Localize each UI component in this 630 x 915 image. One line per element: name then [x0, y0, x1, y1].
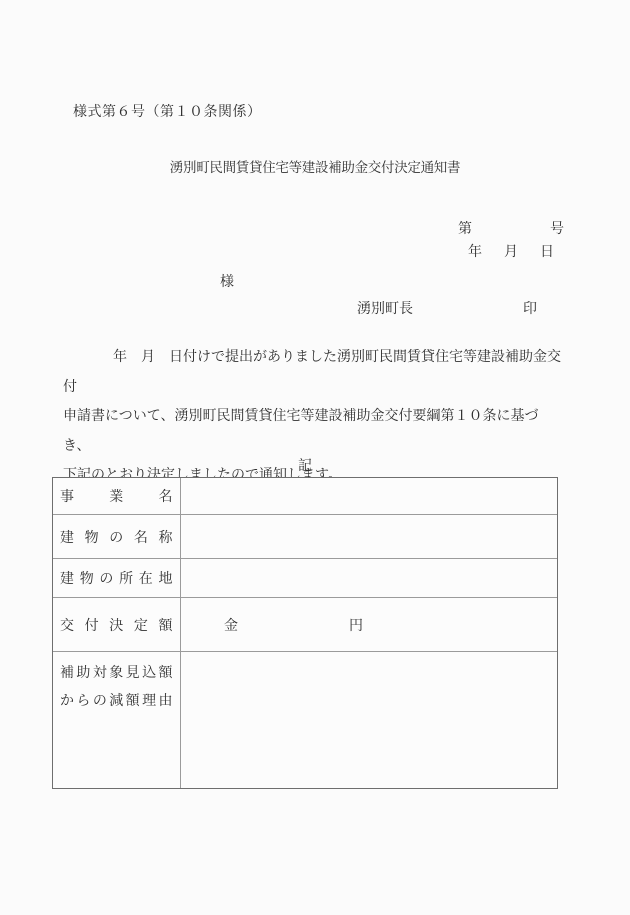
document-page: 様式第６号（第１０条関係） 湧別町民間賃貸住宅等建設補助金交付決定通知書 第 号…	[0, 0, 630, 915]
row-value-cell	[181, 559, 557, 597]
doc-number-prefix: 第	[458, 218, 472, 238]
form-number: 様式第６号（第１０条関係）	[73, 101, 262, 121]
date-day-label: 日	[540, 241, 554, 261]
table-row-reduction-reason: 補助対象見込額 からの減額理由	[53, 652, 557, 788]
body-line: 申請書について、湧別町民間賃貸住宅等建設補助金交付要綱第１０条に基づき、	[63, 402, 563, 461]
record-marker: 記	[52, 455, 558, 475]
sender-line: 湧別町長 印	[357, 298, 557, 318]
table-row-building-location: 建物の所在地	[53, 559, 557, 598]
doc-number-suffix: 号	[550, 218, 564, 238]
row-label-line: 補助対象見込額	[60, 660, 173, 688]
row-label-line: からの減額理由	[60, 688, 173, 716]
document-title: 湧別町民間賃貸住宅等建設補助金交付決定通知書	[0, 156, 630, 176]
body-line: 年 月 日付けで提出がありました湧別町民間賃貸住宅等建設補助金交付	[63, 343, 563, 402]
row-label-cell: 建物の名称	[53, 515, 181, 558]
table-row-building-name: 建物の名称	[53, 515, 557, 559]
table-row-grant-amount: 交付決定額 金 円	[53, 598, 557, 652]
sender-title: 湧別町長	[357, 302, 413, 317]
row-label-cell: 事業名	[53, 478, 181, 514]
document-number-line: 第 号	[458, 218, 564, 238]
date-month-label: 月	[504, 241, 518, 261]
date-year-label: 年	[468, 241, 482, 261]
table-row-project-name: 事業名	[53, 478, 557, 515]
date-line: 年 月 日	[468, 241, 554, 261]
row-label: 建物の所在地	[60, 568, 173, 588]
addressee-suffix: 様	[220, 275, 234, 290]
row-value-cell	[181, 652, 557, 788]
addressee-line: 様	[220, 271, 234, 291]
row-label-cell: 補助対象見込額 からの減額理由	[53, 652, 181, 788]
row-label: 交付決定額	[60, 615, 173, 635]
row-label: 建物の名称	[60, 527, 173, 547]
amount-prefix: 金	[224, 615, 238, 635]
row-label-cell: 交付決定額	[53, 598, 181, 651]
row-label: 事業名	[60, 486, 173, 506]
row-value-cell	[181, 478, 557, 514]
amount-suffix: 円	[349, 615, 363, 635]
row-label-cell: 建物の所在地	[53, 559, 181, 597]
row-value-cell	[181, 515, 557, 558]
seal-placeholder: 印	[523, 298, 537, 318]
decision-table: 事業名 建物の名称 建物の所在地 交付決定額 金 円	[52, 477, 558, 789]
row-value-cell: 金 円	[181, 598, 557, 651]
